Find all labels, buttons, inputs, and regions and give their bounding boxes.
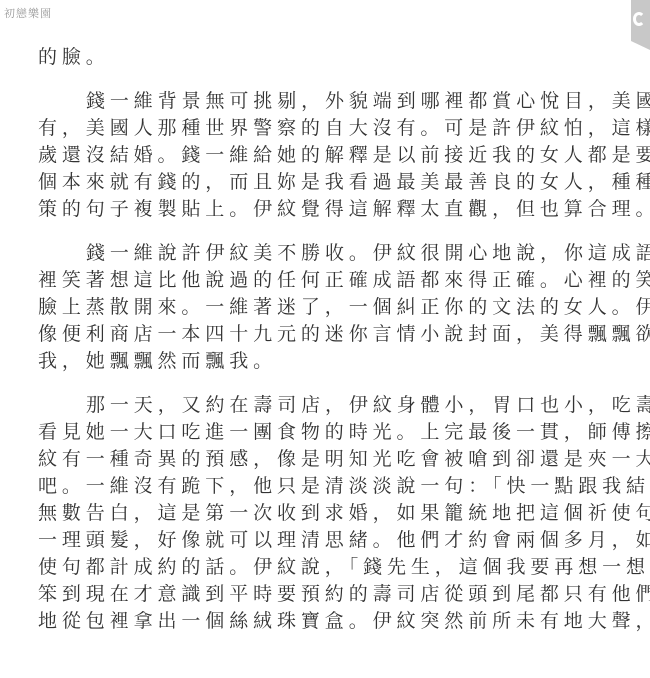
text-line: 策的句子複製貼上。伊紋覺得這解釋太直觀，但也算合理。 <box>38 196 618 223</box>
text-line: 有，美國人那種世界警察的自大沒有。可是許伊紋怕，這樣的人怎麼會四十幾 <box>38 115 618 142</box>
text-line: 看見她一大口吃進一團食物的時光。上完最後一貫，師傅擦擦手離開板前。伊 <box>38 419 618 446</box>
bookmark-button[interactable] <box>631 0 650 50</box>
paragraph-4: 那一天，又約在壽司店，伊紋身體小，胃口也小，吃壽司是一維唯一可以 看見她一大口吃… <box>38 392 618 635</box>
text-line: 笨到現在才意識到平時要預約的壽司店從頭到尾都只有他們兩個人。一維慢慢 <box>38 581 618 608</box>
text-line: 裡笑著想這比他說過的任何正確成語都來得正確。心裡的笑像滾水，不小心在 <box>38 267 618 294</box>
text-line: 一理頭髮，好像就可以理清思緒。他們才約會兩個多月，如果籠統地把所有祈 <box>38 527 618 554</box>
text-line: 個本來就有錢的，而且妳是我看過最美最善良的女人，種種種種，戀愛教戰守 <box>38 169 618 196</box>
text-line: 錢一維說許伊紋美不勝收。伊紋很開心地說，你這成語錯得好詩意啊。心 <box>38 240 618 267</box>
header-title: 初戀樂園 <box>4 5 52 21</box>
paragraph-3: 錢一維說許伊紋美不勝收。伊紋很開心地說，你這成語錯得好詩意啊。心 裡笑著想這比他… <box>38 240 618 375</box>
paragraph-1: 的臉。 <box>38 44 618 71</box>
text-line: 的臉。 <box>38 44 618 71</box>
text-line: 吧。一維沒有跪下，他只是清淡淡說一句：「快一點跟我結婚吧。」伊紋收過 <box>38 473 618 500</box>
paragraph-2: 錢一維背景無可挑剔，外貌端到哪裡都賞心悅目，美國人的紳士派頭他 有，美國人那種世… <box>38 88 618 223</box>
article-body: 的臉。 錢一維背景無可挑剔，外貌端到哪裡都賞心悅目，美國人的紳士派頭他 有，美國… <box>38 44 618 652</box>
text-line: 歲還沒結婚。錢一維給她的解釋是以前接近我的女人都是要錢，這次索性找一 <box>38 142 618 169</box>
text-line: 地從包裡拿出一個絲絨珠寶盒。伊紋突然前所未有地大聲，「不，一維，你不 <box>38 608 618 635</box>
text-line: 無數告白，這是第一次收到求婚，如果籠統地把這個祈使句算成求的話。她理 <box>38 500 618 527</box>
text-line: 像便利商店一本四十九元的迷你言情小說封面，美得飄飄欲仙。她欲仙而仙 <box>38 321 618 348</box>
text-line: 錢一維背景無可挑剔，外貌端到哪裡都賞心悅目，美國人的紳士派頭他 <box>38 88 618 115</box>
bookmark-ribbon-icon <box>633 12 645 26</box>
text-line: 臉上蒸散開來。一維著迷了，一個糾正你的文法的女人。伊紋光是坐在那兒就 <box>38 294 618 321</box>
text-line: 我，她飄飄然而飄我。 <box>38 348 618 375</box>
text-line: 紋有一種奇異的預感，像是明知光吃會被嗆到卻還是夾一大片生薑來吃。不會 <box>38 446 618 473</box>
text-line: 那一天，又約在壽司店，伊紋身體小，胃口也小，吃壽司是一維唯一可以 <box>38 392 618 419</box>
text-line: 使句都計成約的話。伊紋說，「錢先生，這個我要再想一想。」伊紋發現自己 <box>38 554 618 581</box>
